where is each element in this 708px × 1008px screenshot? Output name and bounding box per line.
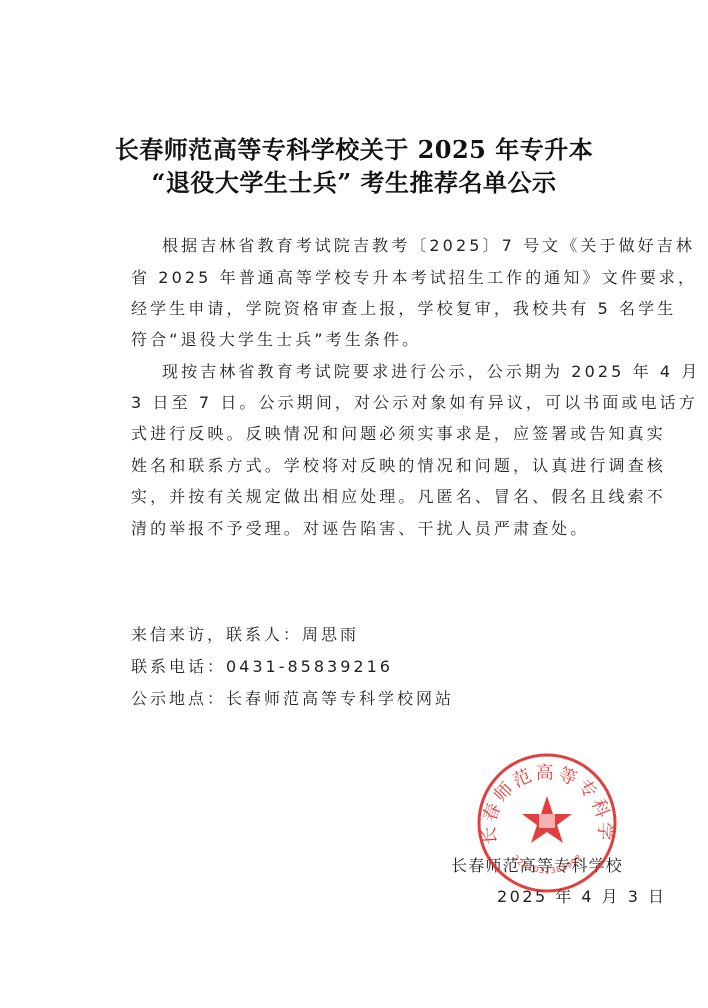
signature-organization: 长春师范高等专科学校	[451, 856, 623, 876]
svg-text:长春师范高等专科学校: 长春师范高等专科学校	[476, 752, 615, 845]
paragraph-line: 式进行反映。反映情况和问题必须实事求是，应签署或告知真实	[131, 424, 666, 444]
paragraph-line: 3 日至 7 日。公示期间，对公示对象如有异议，可以书面或电话方	[131, 393, 698, 413]
publicity-location: 公示地点：长春师范高等专科学校网站	[131, 689, 454, 709]
document-title-line-1: 长春师范高等专科学校关于 2025 年专升本	[0, 130, 708, 165]
paragraph-line: 现按吉林省教育考试院要求进行公示，公示期为 2025 年 4 月	[162, 362, 700, 382]
paragraph-line: 实，并按有关规定做出相应处理。凡匿名、冒名、假名且线索不	[131, 487, 666, 507]
document-title-line-2: “退役大学生士兵” 考生推荐名单公示	[0, 163, 708, 198]
paragraph-line: 符合“退役大学生士兵”考生条件。	[131, 330, 421, 350]
contact-phone: 联系电话：0431-85839216	[131, 657, 393, 677]
paragraph-line: 省 2025 年普通高等学校专升本考试招生工作的通知》文件要求，	[131, 268, 697, 288]
paragraph-line: 姓名和联系方式。学校将对反映的情况和问题，认真进行调查核	[131, 456, 666, 476]
paragraph-line: 根据吉林省教育考试院吉教考〔2025〕7 号文《关于做好吉林	[162, 236, 695, 256]
contact-person: 来信来访，联系人：周思雨	[131, 625, 359, 645]
paragraph-line: 经学生申请，学院资格审查上报，学校复审，我校共有 5 名学生	[131, 299, 676, 319]
document-page: 长春师范高等专科学校关于 2025 年专升本 “退役大学生士兵” 考生推荐名单公…	[0, 0, 708, 1008]
signature-date: 2025 年 4 月 3 日	[497, 887, 667, 907]
paragraph-line: 清的举报不予受理。对诬告陷害、干扰人员严肃查处。	[131, 519, 589, 539]
